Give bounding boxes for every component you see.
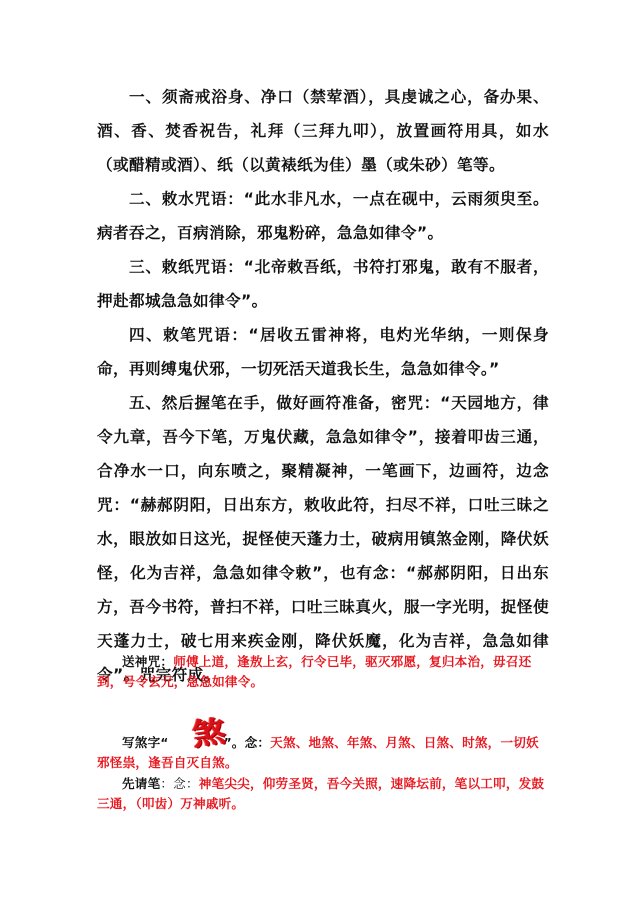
send-spirit-section: 送神咒：师傅上道，逢敖上玄，行令已毕，驱灭邪愿，复归本治，毋召还到，号令玄元，急… bbox=[97, 652, 549, 692]
invite-brush-section: 先请笔：念：神笔尖尖，仰劳圣贤，吾今关照，速降坛前，笔以工叩，发鼓三通，（叩齿）… bbox=[97, 774, 549, 814]
paragraph-5-drawing-procedure: 五、然后握笔在手，做好画符准备，密咒：“天园地方，律令九章，吾今下笔，万鬼伏藏，… bbox=[97, 386, 549, 692]
sha-character-icon: 煞 bbox=[165, 722, 228, 750]
write-sha-label: 写煞字 bbox=[122, 735, 160, 750]
main-text-block: 一、须斋戒浴身、净口（禁荤酒），具虔诚之心，备办果、酒、香、焚香祝告，礼拜（三拜… bbox=[97, 80, 549, 692]
paragraph-1-preparation: 一、须斋戒浴身、净口（禁荤酒），具虔诚之心，备办果、酒、香、焚香祝告，礼拜（三拜… bbox=[97, 80, 549, 182]
send-spirit-label: 送神咒： bbox=[122, 654, 173, 669]
document-page: 一、须斋戒浴身、净口（禁荤酒），具虔诚之心，备办果、酒、香、焚香祝告，礼拜（三拜… bbox=[0, 0, 644, 912]
paragraph-2-water-incantation: 二、敕水咒语：“此水非凡水，一点在砚中，云雨须臾至。病者吞之，百病消除，邪鬼粉碎… bbox=[97, 182, 549, 250]
recite-label: 。念： bbox=[232, 735, 270, 750]
invite-brush-sublabel: ：念： bbox=[160, 776, 198, 791]
paragraph-3-paper-incantation: 三、敕纸咒语：“北帝敕吾纸，书符打邪鬼，敢有不服者，押赴都城急急如律令”。 bbox=[97, 250, 549, 318]
write-sha-section: 写煞字“煞”。念：天煞、地煞、年煞、月煞、日煞、时煞，一切妖邪怪祟，逢吾自灭自煞… bbox=[97, 726, 549, 773]
invite-brush-label: 先请笔 bbox=[122, 776, 160, 791]
paragraph-4-brush-incantation: 四、敕笔咒语：“居收五雷神将，电灼光华纳，一则保身命，再则缚鬼伏邪，一切死活天道… bbox=[97, 318, 549, 386]
